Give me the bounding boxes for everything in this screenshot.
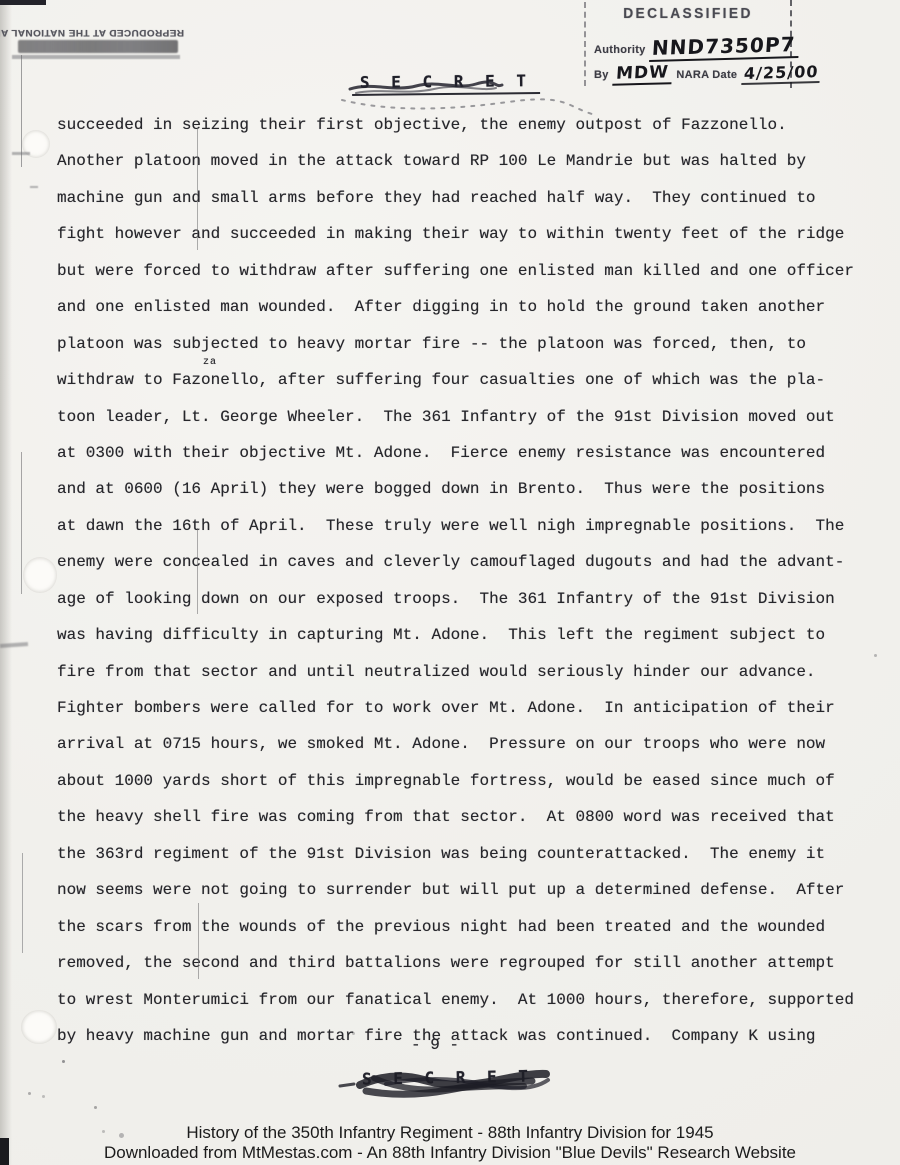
- body-line: machine gun and small arms before they h…: [57, 180, 877, 216]
- stamp-box-border-left: [584, 2, 586, 86]
- national-archives-stamp: REPRODUCED AT THE NATIONAL ARCH: [6, 14, 184, 60]
- classification-heading-bottom: S E C R E T: [362, 1067, 534, 1089]
- body-line: removed, the second and third battalions…: [57, 945, 877, 981]
- body-line: to wrest Monterumici from our fanatical …: [57, 982, 877, 1018]
- typed-correction: za: [203, 357, 217, 368]
- body-line: the heavy shell fire was coming from tha…: [57, 799, 877, 835]
- fold-line: [21, 452, 22, 594]
- body-line: but were forced to withdraw after suffer…: [57, 253, 877, 289]
- fold-line: [197, 128, 198, 250]
- body-line: withdraw to Fazonello, after suffering f…: [57, 362, 877, 398]
- by-handwritten-initials: MDW: [612, 62, 672, 86]
- body-line: enemy were concealed in caves and clever…: [57, 544, 877, 580]
- stamp-ink-smudge: [18, 40, 178, 53]
- authority-row: Authority NND7350P7: [594, 34, 799, 60]
- margin-smudge: [30, 186, 38, 188]
- declassified-stamp: DECLASSIFIED Authority NND7350P7 By MDW …: [584, 0, 792, 88]
- margin-smudge: [0, 642, 28, 648]
- body-line: at dawn the 16th of April. These truly w…: [57, 508, 877, 544]
- footer: History of the 350th Infantry Regiment -…: [0, 1123, 900, 1163]
- nara-date-label: NARA Date: [676, 69, 737, 81]
- body-line: and at 0600 (16 April) they were bogged …: [57, 471, 877, 507]
- body-line: the scars from the wounds of the previou…: [57, 909, 877, 945]
- fold-line: [197, 528, 198, 614]
- authority-label: Authority: [594, 44, 646, 56]
- stamp-illegible-line: [12, 55, 180, 59]
- margin-smudge: [12, 152, 30, 155]
- nara-date-row: By MDW NARA Date 4/25/00: [594, 63, 820, 85]
- body-line: fire from that sector and until neutrali…: [57, 654, 877, 690]
- fold-line: [22, 853, 23, 953]
- body-line: toon leader, Lt. George Wheeler. The 361…: [57, 399, 877, 435]
- body-line: now seems were not going to surrender bu…: [57, 872, 877, 908]
- document-page: REPRODUCED AT THE NATIONAL ARCH DECLASSI…: [0, 0, 900, 1165]
- body-line: about 1000 yards short of this impregnab…: [57, 763, 877, 799]
- scan-edge-shadow: [0, 0, 12, 1165]
- footer-title: History of the 350th Infantry Regiment -…: [0, 1123, 900, 1143]
- paper-blemish: [23, 557, 57, 593]
- body-line: and one enlisted man wounded. After digg…: [57, 289, 877, 325]
- fold-line: [198, 903, 199, 979]
- footer-source: Downloaded from MtMestas.com - An 88th I…: [0, 1143, 900, 1163]
- page-number: - 9 -: [0, 1036, 870, 1054]
- by-label: By: [594, 69, 609, 81]
- scan-corner-mark-top: [0, 0, 46, 5]
- classification-heading-top: S E C R E T: [352, 71, 540, 96]
- body-line: at 0300 with their objective Mt. Adone. …: [57, 435, 877, 471]
- body-line: arrival at 0715 hours, we smoked Mt. Ado…: [57, 726, 877, 762]
- body-line: succeeded in seizing their first objecti…: [57, 107, 877, 143]
- body-line: platoon was subjected to heavy mortar fi…: [57, 326, 877, 362]
- body-line: was having difficulty in capturing Mt. A…: [57, 617, 877, 653]
- paper-blemish: [21, 1010, 57, 1044]
- archives-stamp-text: REPRODUCED AT THE NATIONAL ARCH: [0, 27, 184, 38]
- body-line: fight however and succeeded in making th…: [57, 216, 877, 252]
- body-line: the 363rd regiment of the 91st Division …: [57, 836, 877, 872]
- body-line: Fighter bombers were called for to work …: [57, 690, 877, 726]
- fold-line: [21, 55, 22, 167]
- scan-specks: [62, 1060, 65, 1063]
- authority-handwritten-value: NND7350P7: [649, 32, 800, 62]
- date-handwritten-value: 4/25/00: [741, 62, 821, 85]
- body-line: Another platoon moved in the attack towa…: [57, 143, 877, 179]
- body-text: succeeded in seizing their first objecti…: [57, 107, 877, 1054]
- body-line: age of looking down on our exposed troop…: [57, 581, 877, 617]
- declassified-title: DECLASSIFIED: [589, 6, 787, 22]
